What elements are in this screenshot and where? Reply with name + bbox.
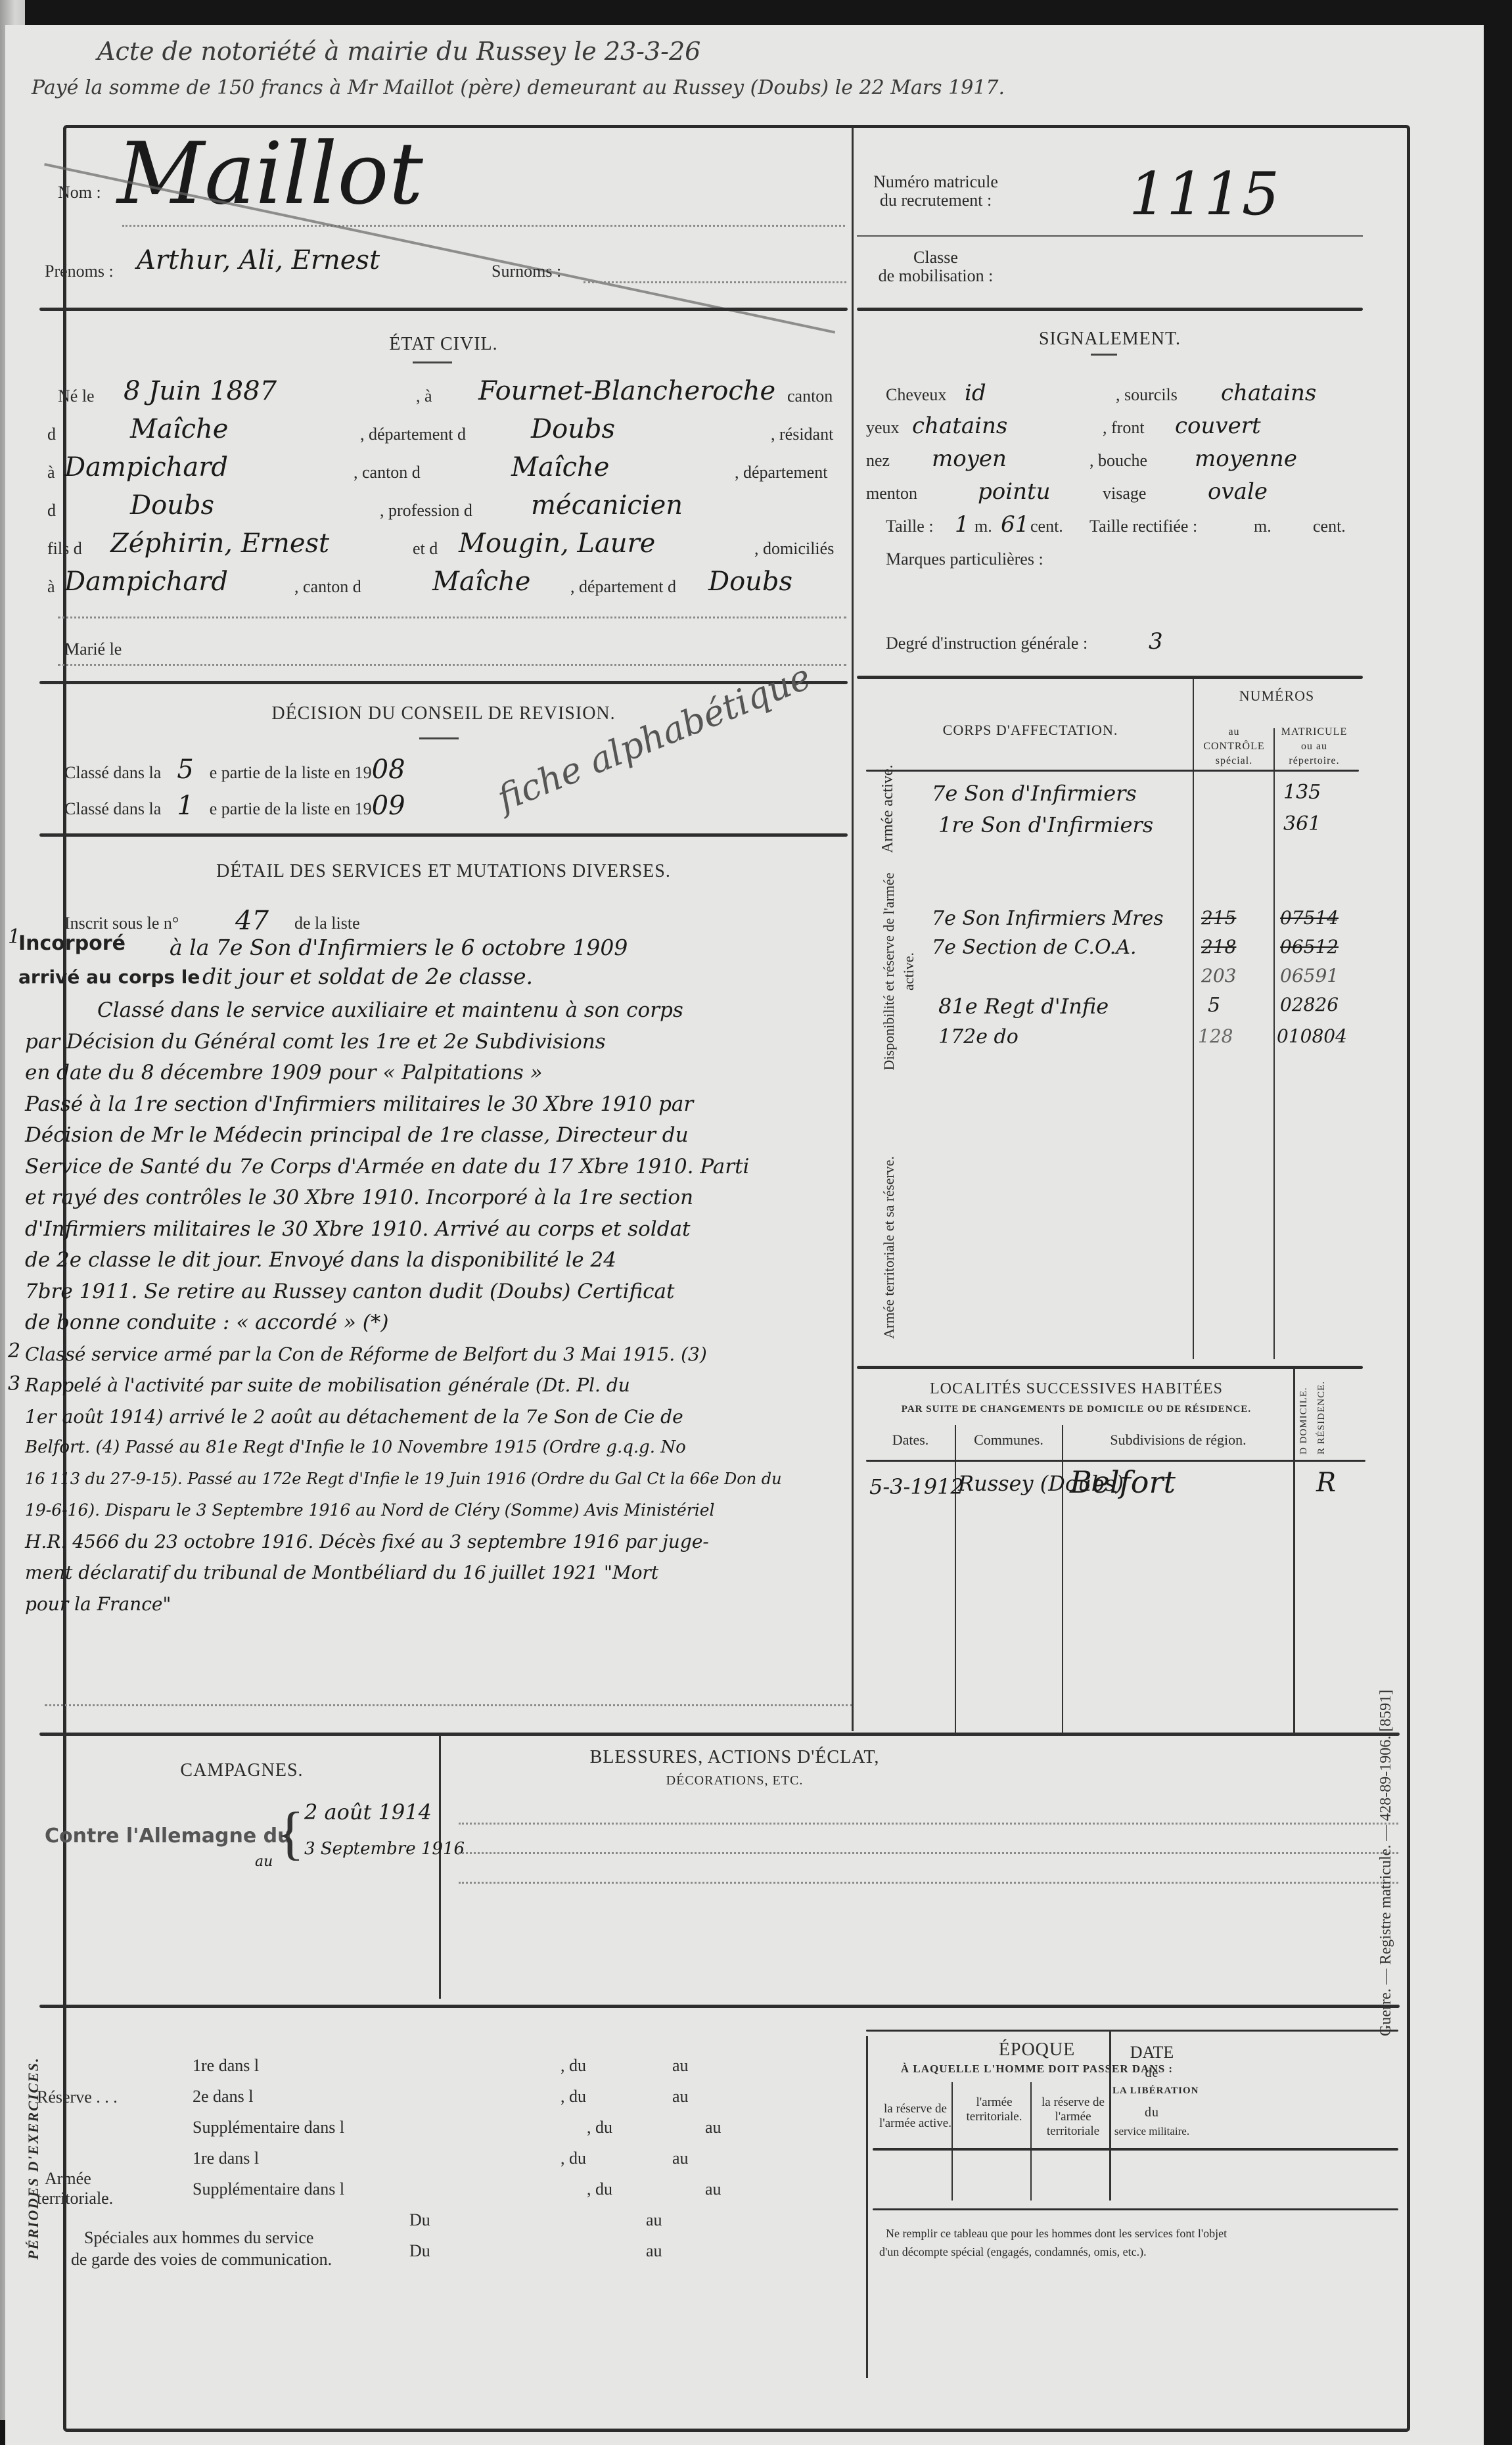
- service-line: de 2e classe le dit jour. Envoyé dans la…: [25, 1245, 853, 1276]
- date-liberation: LA LIBÉRATION: [1112, 2085, 1191, 2097]
- campagne-to: 3 Septembre 1916: [304, 1839, 465, 1859]
- departement-naissance: Doubs: [531, 414, 615, 444]
- signalement-title: SIGNALEMENT.: [857, 329, 1363, 350]
- service-line: à la 7e Son d'Infirmiers le 6 octobre 19…: [170, 932, 628, 964]
- taille-label: Taille :: [886, 517, 934, 536]
- corps-row: 7e Son Infirmiers Mres21507514: [925, 907, 1359, 936]
- bouche-value: moyenne: [1195, 446, 1297, 472]
- epoque-col-2: l'armée territoriale.: [955, 2095, 1034, 2124]
- corps-rows: 7e Son d'Infirmiers135 1re Son d'Infirmi…: [925, 781, 1359, 1057]
- column-divider: [1030, 2082, 1032, 2200]
- corps-cell: 7e Section de C.O.A.: [932, 936, 1137, 959]
- section-rule: [39, 681, 848, 684]
- a3-label: à: [47, 577, 55, 597]
- nez-label: nez: [866, 451, 890, 471]
- matricule-cell: 06591: [1280, 965, 1339, 987]
- domicilies-label: , domiciliés: [754, 539, 834, 559]
- reserve-label: Réserve . . .: [37, 2087, 118, 2107]
- corps-row: 20306591: [925, 965, 1359, 994]
- campagnes-title: CAMPAGNES.: [45, 1760, 439, 1781]
- du-label: , du: [561, 2149, 586, 2168]
- register-page: Acte de notoriété à mairie du Russey le …: [5, 25, 1484, 2445]
- numeros-title: NUMÉROS: [1195, 687, 1359, 705]
- domicile-parents: Dampichard: [64, 567, 228, 597]
- bouche-label: , bouche: [1089, 451, 1147, 471]
- ne-le-label: Né le: [58, 386, 95, 406]
- classe-mobilisation-label: Classe de mobilisation :: [857, 248, 1015, 285]
- service-line: par Décision du Général comt les 1re et …: [25, 1027, 853, 1058]
- campagne-stamp: Contre l'Allemagne du: [45, 1825, 291, 1848]
- controle-cell: 215: [1201, 907, 1236, 929]
- service-line: dit jour et soldat de 2e classe.: [202, 964, 533, 989]
- canton-naissance: Maîche: [130, 414, 228, 444]
- signalement-block: Cheveux id , sourcils chatains yeux chat…: [866, 380, 1365, 661]
- epoque-col-1: la réserve de l'armée active.: [876, 2102, 955, 2131]
- marie-label: Marié le: [64, 640, 122, 659]
- matricule-cell: 010804: [1277, 1025, 1347, 1047]
- au-label: au: [705, 2179, 722, 2199]
- yeux-label: yeux: [866, 418, 900, 438]
- periode-label: Du: [409, 2241, 430, 2261]
- section-rule: [39, 1733, 1400, 1736]
- controle-cell: 203: [1201, 965, 1236, 987]
- service-line: Rappelé à l'activité par suite de mobili…: [25, 1370, 853, 1401]
- localite-date: 5-3-1912: [869, 1474, 964, 1499]
- blank-line: [58, 617, 846, 618]
- front-label: , front: [1103, 418, 1145, 438]
- etat-civil-title: ÉTAT CIVIL.: [39, 334, 848, 355]
- matricule-cell: 06512: [1280, 936, 1339, 958]
- title-dash: [413, 361, 452, 363]
- nom-label: Nom :: [58, 183, 101, 202]
- d-label: d: [47, 425, 56, 444]
- corps-row: 7e Section de C.O.A.21806512: [925, 936, 1359, 965]
- fils-label: fils d: [47, 539, 82, 559]
- epoque-rule: [873, 2148, 1398, 2151]
- col-subdivisions: Subdivisions de région.: [1063, 1432, 1293, 1449]
- corps-cell: 172e do: [938, 1025, 1019, 1048]
- service-line: H.R. 4566 du 23 octobre 1916. Décès fixé…: [25, 1526, 853, 1558]
- blessures-subtitle: DÉCORATIONS, ETC.: [452, 1773, 1017, 1788]
- degre-label: Degré d'instruction générale :: [886, 634, 1088, 653]
- canton2-label: , canton d: [354, 463, 421, 482]
- imprint: Guerre. — Registre matricule. — 428-89-1…: [1377, 1690, 1395, 2036]
- partie-value: 5: [177, 755, 193, 785]
- blank-line: [459, 1882, 1398, 1884]
- a-label: , à: [416, 386, 432, 406]
- campagne-au-label: au: [255, 1853, 273, 1870]
- group-territoriale: Armée territoriale et sa réserve.: [879, 1149, 899, 1346]
- degre-value: 3: [1149, 628, 1163, 655]
- corps-cell: 1re Son d'Infirmiers: [938, 812, 1153, 837]
- cheveux-label: Cheveux: [886, 385, 946, 405]
- periode-label: 1re dans l: [193, 2149, 259, 2168]
- service-line: d'Infirmiers militaires le 30 Xbre 1910.…: [25, 1214, 853, 1246]
- departement-label: , département d: [360, 425, 466, 444]
- col-matricule-2: ou au: [1275, 739, 1354, 754]
- yeux-value: chatains: [912, 413, 1007, 439]
- canton3-label: , canton d: [294, 577, 361, 597]
- date-du: du: [1112, 2105, 1191, 2120]
- service-line: 1er août 1914) arrivé le 2 août au détac…: [25, 1401, 853, 1433]
- epoque-note-2: d'un décompte spécial (engagés, condamné…: [879, 2245, 1147, 2259]
- service-line: Décision de Mr le Médecin principal de 1…: [25, 1120, 853, 1152]
- visage-value: ovale: [1208, 478, 1268, 505]
- periode-label: Du: [409, 2210, 430, 2230]
- classe-label-2: de mobilisation :: [857, 267, 1015, 285]
- date-service: service militaire.: [1112, 2125, 1191, 2138]
- du-label: , du: [587, 2179, 612, 2199]
- blessures-title: BLESSURES, ACTIONS D'ÉCLAT,: [452, 1747, 1017, 1768]
- a2-label: à: [47, 463, 55, 482]
- corps-row: 1re Son d'Infirmiers361: [925, 812, 1359, 844]
- controle-cell: 218: [1201, 936, 1236, 958]
- epoque-col-3: la réserve de l'armée territoriale: [1034, 2095, 1112, 2139]
- surnoms-label: Surnoms :: [492, 262, 561, 281]
- visage-label: visage: [1103, 484, 1146, 503]
- title-dash: [1091, 354, 1117, 356]
- service-line: Service de Santé du 7e Corps d'Armée en …: [25, 1152, 853, 1183]
- territoriale-label-2: territoriale.: [37, 2189, 113, 2208]
- service-line: et rayé des contrôles le 30 Xbre 1910. I…: [25, 1182, 853, 1214]
- prenoms-value: Arthur, Ali, Ernest: [137, 245, 380, 275]
- col-matricule-3: répertoire.: [1275, 754, 1354, 768]
- col-controle-2: CONTRÔLE: [1195, 739, 1273, 754]
- au-label: au: [646, 2210, 662, 2230]
- du-label: , du: [561, 2087, 586, 2107]
- periode-label: Supplémentaire dans l: [193, 2179, 344, 2199]
- column-divider: [955, 1425, 956, 1734]
- corps-cell: 7e Son Infirmiers Mres: [932, 907, 1164, 930]
- profession: mécanicien: [531, 490, 683, 521]
- col-controle-1: au: [1195, 725, 1273, 739]
- m-label: m.: [974, 517, 992, 536]
- campagne-from: 2 août 1914: [304, 1800, 432, 1825]
- periode-label: 2e dans l: [193, 2087, 253, 2107]
- surnoms-line: [584, 281, 846, 283]
- divider: [857, 235, 1363, 237]
- col-communes: Communes.: [956, 1432, 1061, 1449]
- lieu-naissance: Fournet-Blancheroche: [478, 376, 775, 406]
- matricule-cell: 135: [1283, 781, 1321, 804]
- corps-cell: 7e Son d'Infirmiers: [932, 781, 1137, 806]
- profession-label: , profession d: [380, 501, 472, 521]
- date-title: DATE: [1112, 2043, 1191, 2062]
- header-rule: [866, 1460, 1365, 1462]
- et-de-label: et d: [413, 539, 438, 559]
- column-divider: [951, 2082, 953, 2200]
- section-rule: [39, 308, 848, 311]
- group-armee-active: Armée active.: [879, 764, 897, 853]
- du-label: , du: [587, 2118, 612, 2137]
- column-divider: [866, 2036, 868, 2378]
- localite-subdivision: Belfort: [1070, 1464, 1176, 1500]
- section-rule: [857, 676, 1363, 679]
- margin-mark: 2: [8, 1339, 20, 1362]
- annee-value: 09: [372, 791, 405, 821]
- group-disponibilite: Disponibilité et réserve de l'armée acti…: [879, 866, 919, 1077]
- au-label: au: [646, 2241, 662, 2261]
- partie-label: e partie de la liste en 19: [210, 799, 372, 818]
- menton-label: menton: [866, 484, 917, 503]
- liste-label: de la liste: [294, 914, 360, 933]
- partie-label: e partie de la liste en 19: [210, 763, 372, 782]
- marie-line: [58, 664, 846, 666]
- du-label: , du: [561, 2056, 586, 2076]
- matricule-cell: 02826: [1280, 994, 1339, 1015]
- canton-parents: Maîche: [432, 567, 530, 597]
- localites-subtitle: PAR SUITE DE CHANGEMENTS DE DOMICILE OU …: [866, 1404, 1287, 1415]
- date-de: de: [1112, 2066, 1191, 2081]
- margin-mark: 3: [8, 1372, 20, 1395]
- matricule-label-2: du recrutement :: [857, 191, 1015, 210]
- departement-residence: Doubs: [130, 490, 214, 521]
- title-dash: [419, 737, 459, 739]
- column-divider: [1293, 1369, 1295, 1734]
- annee-value: 08: [372, 755, 405, 785]
- territoriale-label-1: Armée: [45, 2169, 91, 2189]
- nom-value: Maillot: [117, 124, 423, 223]
- au-label: au: [672, 2149, 689, 2168]
- service-line: en date du 8 décembre 1909 pour « Palpit…: [25, 1058, 853, 1089]
- col-residence: R RÉSIDENCE.: [1316, 1381, 1327, 1455]
- service-line: ment déclaratif du tribunal de Montbélia…: [25, 1557, 853, 1589]
- conseil-row-1: Classé dans la 5 e partie de la liste en…: [64, 755, 405, 785]
- front-value: couvert: [1175, 413, 1261, 439]
- corps-cell: 81e Regt d'Infie: [938, 994, 1109, 1019]
- etat-civil-block: Né le 8 Juin 1887 , à Fournet-Blancheroc…: [58, 380, 846, 609]
- taille-m-value: 1: [955, 511, 969, 538]
- taille-rectifiee-label: Taille rectifiée :: [1089, 517, 1197, 536]
- col-dates: Dates.: [866, 1432, 955, 1449]
- residence: Dampichard: [64, 452, 228, 482]
- col-matricule: MATRICULE ou au répertoire.: [1275, 725, 1354, 768]
- departement-parents: Doubs: [708, 567, 792, 597]
- matricule-label: Numéro matricule du recrutement :: [857, 173, 1015, 210]
- service-line: Passé à la 1re section d'Infirmiers mili…: [25, 1089, 853, 1121]
- periode-label: 1re dans l: [193, 2056, 259, 2076]
- au-label: au: [705, 2118, 722, 2137]
- column-divider: [1109, 2030, 1111, 2200]
- service-line: 7bre 1911. Se retire au Russey canton du…: [25, 1276, 853, 1308]
- m-label: m.: [1254, 517, 1271, 536]
- blank-line: [459, 1852, 1398, 1854]
- corps-title: CORPS D'AFFECTATION.: [866, 722, 1195, 739]
- periode-label: Supplémentaire dans l: [193, 2118, 344, 2137]
- canton-residence: Maîche: [511, 452, 609, 482]
- periodes-rows: 1re dans l, duau 2e dans l, duau Supplém…: [193, 2056, 850, 2272]
- header-rule: [866, 770, 1359, 772]
- mere: Mougin, Laure: [459, 528, 655, 559]
- column-divider: [852, 128, 854, 1731]
- col-controle: au CONTRÔLE spécial.: [1195, 725, 1273, 768]
- au-label: au: [672, 2056, 689, 2076]
- services-text: Classé dans le service auxiliaire et mai…: [25, 995, 853, 1619]
- classe-label: Classé dans la: [64, 763, 161, 782]
- cheveux-value: id: [965, 380, 986, 406]
- sourcils-label: , sourcils: [1116, 385, 1178, 405]
- blank-line: [459, 1823, 1398, 1825]
- nom-line: [122, 225, 845, 227]
- col-domicile: D DOMICILE.: [1298, 1387, 1310, 1455]
- nez-value: moyen: [932, 446, 1007, 472]
- cent-label: cent.: [1313, 517, 1346, 536]
- marques-label: Marques particulières :: [886, 549, 1043, 569]
- departement2-label: , département: [735, 463, 828, 482]
- col-matricule-1: MATRICULE: [1275, 725, 1354, 739]
- service-line: Classé dans le service auxiliaire et mai…: [25, 995, 853, 1027]
- d2-label: d: [47, 501, 56, 521]
- section-rule: [39, 833, 848, 837]
- canton-label: canton: [787, 386, 833, 406]
- prenoms-label: Prénoms :: [45, 262, 114, 281]
- blank-line: [45, 1704, 853, 1706]
- corps-row: 7e Son d'Infirmiers135: [925, 781, 1359, 812]
- controle-cell: 5: [1208, 994, 1220, 1017]
- residant-label: , résidant: [771, 425, 833, 444]
- taille-cent-value: 61: [1001, 511, 1029, 538]
- brace-icon: {: [276, 1800, 304, 1867]
- menton-value: pointu: [978, 478, 1051, 505]
- epoque-rule: [866, 2030, 1398, 2032]
- localites-title: LOCALITÉS SUCCESSIVES HABITÉES: [866, 1380, 1287, 1398]
- column-divider: [439, 1736, 441, 1999]
- controle-cell: 128: [1198, 1025, 1233, 1047]
- epoque-rule: [873, 2208, 1398, 2210]
- service-line: 16 113 du 27-9-15). Passé au 172e Regt d…: [25, 1464, 853, 1495]
- pere: Zéphirin, Ernest: [110, 528, 329, 559]
- service-line: Belfort. (4) Passé au 81e Regt d'Infie l…: [25, 1432, 853, 1464]
- epoque-note-1: Ne remplir ce tableau que pour les homme…: [886, 2227, 1227, 2241]
- col-controle-3: spécial.: [1195, 754, 1273, 768]
- service-line: Classé service armé par la Con de Réform…: [25, 1339, 853, 1370]
- service-line: 19-6-16). Disparu le 3 Septembre 1916 au…: [25, 1495, 853, 1526]
- services-title: DÉTAIL DES SERVICES ET MUTATIONS DIVERSE…: [39, 861, 848, 882]
- departement3-label: , département d: [570, 577, 676, 597]
- section-rule: [857, 308, 1363, 311]
- annotation-paiement: Payé la somme de 150 francs à Mr Maillot…: [32, 76, 1005, 99]
- cent-label: cent.: [1030, 517, 1063, 536]
- stamp-incorpore: Incorporé: [18, 932, 126, 955]
- inscrit-label: Inscrit sous le n°: [64, 914, 179, 933]
- sourcils-value: chatains: [1221, 380, 1316, 406]
- conseil-row-2: Classé dans la 1 e partie de la liste en…: [64, 791, 405, 821]
- section-rule: [39, 2005, 1400, 2008]
- matricule-value: 1115: [1129, 160, 1279, 229]
- matricule-label-1: Numéro matricule: [857, 173, 1015, 191]
- service-line: pour la France": [25, 1589, 853, 1620]
- section-rule: [857, 1366, 1363, 1369]
- annotation-notoriete: Acte de notoriété à mairie du Russey le …: [97, 37, 700, 66]
- localite-dr: R: [1316, 1468, 1336, 1498]
- margin-mark: 1: [8, 925, 20, 948]
- corps-row: 81e Regt d'Infie502826: [925, 994, 1359, 1025]
- corps-row: 172e do128010804: [925, 1025, 1359, 1057]
- matricule-cell: 361: [1283, 812, 1321, 835]
- classe-label-1: Classe: [857, 248, 1015, 267]
- date-naissance: 8 Juin 1887: [124, 376, 277, 406]
- service-line: de bonne conduite : « accordé » (*): [25, 1307, 853, 1339]
- au-label: au: [672, 2087, 689, 2107]
- classe-label: Classé dans la: [64, 799, 161, 818]
- matricule-cell: 07514: [1280, 907, 1339, 929]
- stamp-arrive: arrivé au corps le: [18, 966, 200, 988]
- partie-value: 1: [177, 791, 193, 821]
